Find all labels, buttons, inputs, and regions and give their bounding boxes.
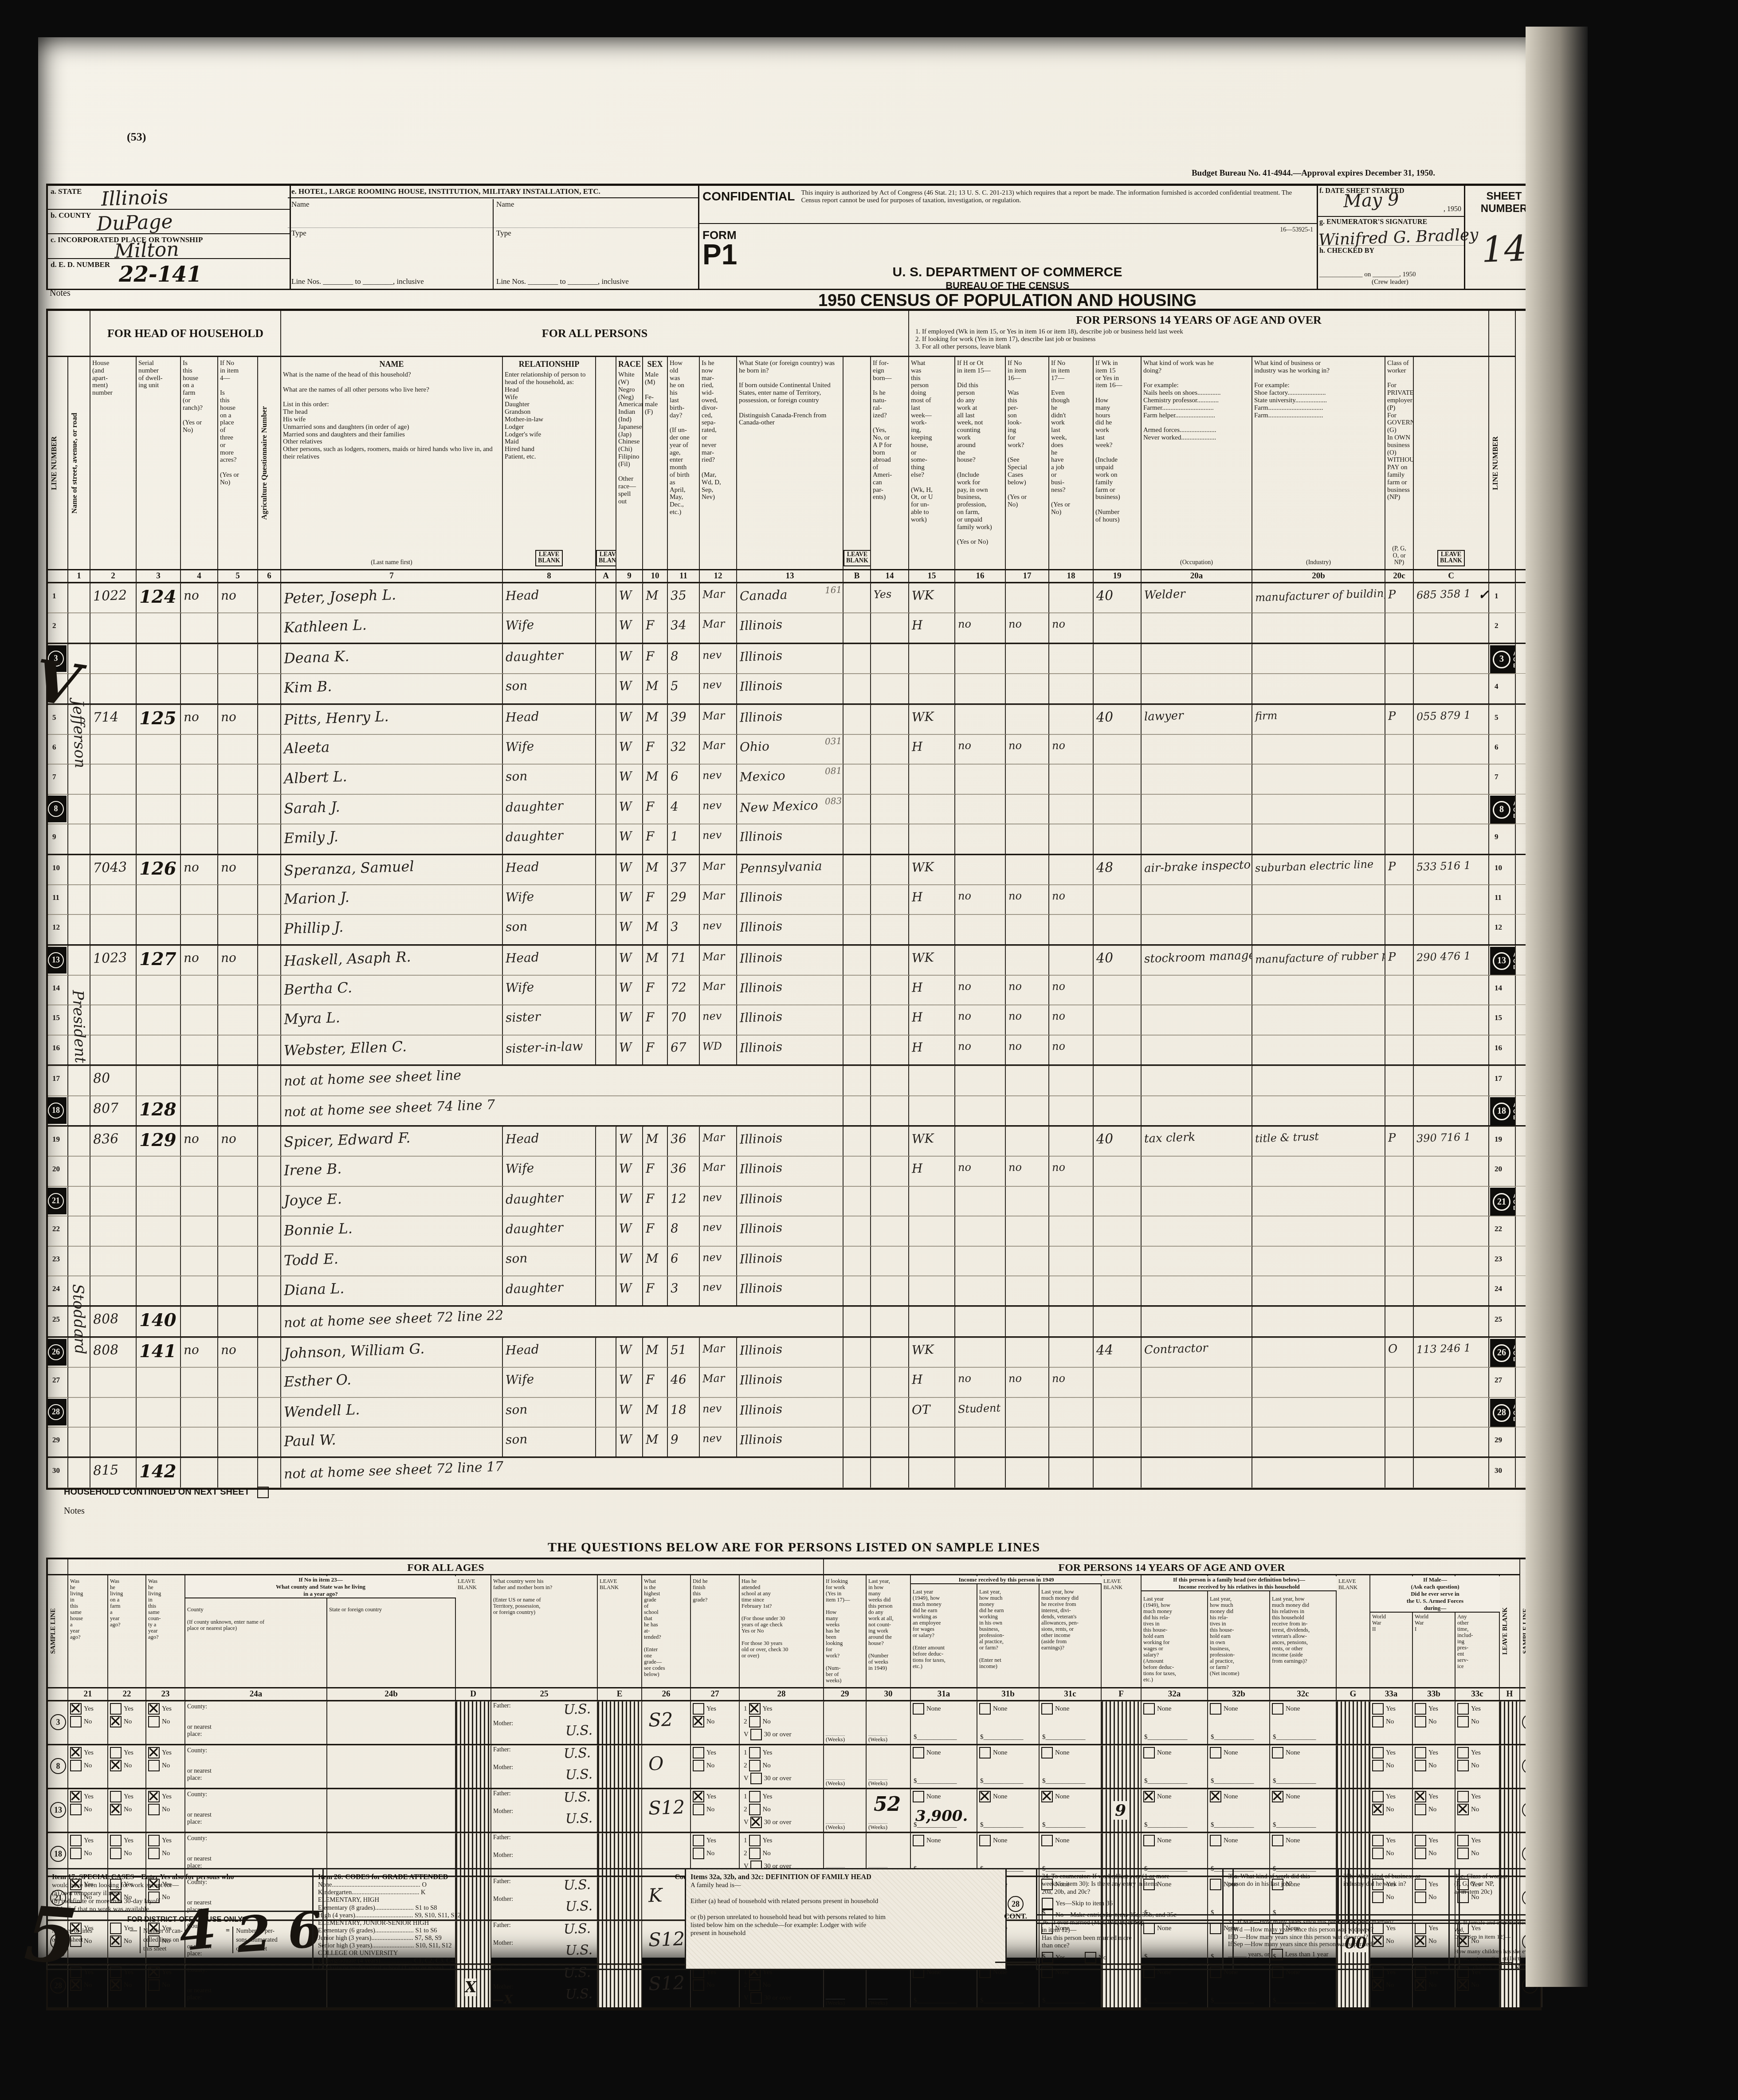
sample-cell-8-c23: YesNo: [146, 1745, 185, 1788]
cell-8-sex: F: [643, 794, 668, 824]
cell-23-i18: [1049, 1246, 1094, 1276]
sample-cell-8-E: [598, 1745, 642, 1788]
cell-22-C: [1414, 1216, 1489, 1245]
cell-27-A: [596, 1367, 616, 1397]
cell-29-bp: Illinois: [737, 1427, 843, 1456]
sample-header-c29: If looking for work (Yes in item 17)— Ho…: [824, 1575, 867, 1687]
cell-12-A: [596, 915, 616, 944]
cell-2-bp: Illinois: [737, 613, 843, 642]
q38-none-checkbox: [1501, 1962, 1512, 1970]
sample-cell-28-c28: 1Yes2NoV30 or over: [740, 1965, 824, 2007]
cell-13-rel: Head: [503, 946, 596, 975]
cell-10-name: Speranza, Samuel: [281, 855, 503, 884]
cell-28-i19: [1094, 1397, 1142, 1427]
cell-19-farm: no: [181, 1127, 218, 1156]
sample-cell-13-c24b: [327, 1789, 456, 1832]
sample-header-c32c: Last year, how much money did his relati…: [1270, 1575, 1337, 1687]
col-number-15: 15: [909, 570, 955, 582]
col-number-16: 16: [955, 570, 1006, 582]
cell-20-street: [68, 1156, 90, 1185]
cell-29-i19: [1094, 1427, 1142, 1456]
cell-24-B: [843, 1276, 871, 1305]
cell-7-name: Albert L.: [281, 764, 503, 793]
cell-18-i19: [1094, 1096, 1142, 1125]
cell-4-bp: Illinois: [737, 674, 843, 703]
cell-19-nat: [871, 1127, 909, 1156]
cell-10-A: [596, 855, 616, 884]
cell-13-B: [843, 946, 871, 975]
cell-21-race: W: [616, 1186, 643, 1216]
cell-19-ind: title & trust: [1252, 1127, 1385, 1156]
cell-15-mar: nev: [700, 1005, 737, 1034]
cell-6-sex: F: [643, 734, 668, 764]
cell-21-sex: F: [643, 1186, 668, 1216]
hotel-title: e. HOTEL, LARGE ROOMING HOUSE, INSTITUTI…: [288, 186, 698, 198]
sample-header-c26: What is the highest grade of school that…: [642, 1575, 691, 1687]
sample-cell-28-c33a: YesNo: [1370, 1965, 1413, 2007]
cell-30-nat: [871, 1458, 909, 1487]
cell-16-acres: [218, 1035, 258, 1064]
cell-12-house: [90, 915, 137, 944]
sample-header-c32a: Last year (1949), how much money did his…: [1142, 1575, 1208, 1687]
q34-yes-label: Yes—Skip to item 36: [1055, 1900, 1113, 1907]
cell-6-occ: [1142, 734, 1252, 764]
sample-cell-13-slineL: 13: [48, 1789, 68, 1832]
cell-4-rel: son: [503, 674, 596, 703]
cell-11-farm: [181, 885, 218, 914]
cell-16-ind: [1252, 1035, 1385, 1064]
sample-header-F: LEAVE BLANK: [1102, 1575, 1142, 1687]
cell-10-farm: no: [181, 855, 218, 884]
sample-cell-28-c24a: County:or nearest place:: [185, 1965, 327, 2007]
cell-16-i18: no: [1049, 1035, 1094, 1064]
cell-27-nat: [871, 1367, 909, 1397]
cell-7-nat: [871, 764, 909, 793]
roster-row-28: 28Wendell L.sonWM18nevIllinoisOTStudent2…: [48, 1397, 1540, 1427]
cell-15-i19: [1094, 1005, 1142, 1034]
sample-cell-3-H: [1500, 1701, 1520, 1744]
cell-7-rel: son: [503, 764, 596, 793]
cell-15-nat: [871, 1005, 909, 1034]
sample-cell-28-c32b: None$____________: [1208, 1965, 1270, 2007]
cell-20-cls: [1385, 1156, 1414, 1185]
cell-11-rel: Wife: [503, 885, 596, 914]
cell-6-name: Aleeta: [281, 734, 503, 764]
cell-9-i19: [1094, 824, 1142, 853]
col-number-12: 12: [700, 570, 737, 582]
cell-10-occ: air-brake inspector: [1142, 855, 1252, 884]
hotel-type-label: Type: [288, 228, 493, 239]
cell-8-name: Sarah J.: [281, 794, 503, 824]
cell-30-street: [68, 1458, 90, 1487]
cell-19-occ: tax clerk: [1142, 1127, 1252, 1156]
cell-30-lineL: 30: [48, 1458, 68, 1487]
q38-tail: ______ children, or: [1454, 1964, 1499, 1970]
cell-20-A: [596, 1156, 616, 1185]
sample-cell-13-c31a: None$____________3,900.: [911, 1789, 977, 1832]
cell-12-C: [1414, 915, 1489, 944]
cell-14-bp: Illinois: [737, 975, 843, 1005]
cell-25-B: [843, 1307, 871, 1336]
cont-line-number: 28: [1008, 1896, 1024, 1912]
cell-9-B: [843, 824, 871, 853]
cell-27-name: Esther O.: [281, 1367, 503, 1397]
cell-11-house: [90, 885, 137, 914]
cell-3-sex: F: [643, 644, 668, 673]
cell-8-i16: [955, 794, 1006, 824]
cell-10-age: 37: [668, 855, 700, 884]
sample-cell-28-H: [1500, 1965, 1520, 2007]
cell-9-serial: [137, 824, 181, 853]
cell-1-age: 35: [668, 583, 700, 612]
sample-col-number-slineL: [48, 1688, 68, 1700]
roster-table: FOR HEAD OF HOUSEHOLDFOR ALL PERSONSFOR …: [46, 309, 1542, 1490]
cell-30-farm: [181, 1458, 218, 1487]
sample-cell-13-c22: YesNo: [108, 1789, 146, 1832]
cell-21-i19: [1094, 1186, 1142, 1216]
cell-11-i17: no: [1006, 885, 1049, 914]
sample-cell-28-c31c: None$____________: [1040, 1965, 1102, 2007]
cell-8-age: 4: [668, 794, 700, 824]
cell-14-mar: Mar: [700, 975, 737, 1005]
sample-col-number-G: G: [1337, 1688, 1370, 1700]
cell-5-i15: WK: [909, 705, 955, 734]
cell-17-acres: [218, 1066, 258, 1095]
cell-3-acres: [218, 644, 258, 673]
cell-4-i16: [955, 674, 1006, 703]
roster-header-serial: Serial number of dwell- ing unit: [137, 357, 181, 569]
cell-5-mar: Mar: [700, 705, 737, 734]
sample-cell-28-c23: YesNo: [146, 1965, 185, 2007]
hotel-name-label-2: Name: [493, 199, 698, 210]
cell-1-ind: manufacturer of building equipment: [1252, 583, 1385, 612]
cell-24-occ: [1142, 1276, 1252, 1305]
cell-4-occ: [1142, 674, 1252, 703]
roster-row-24: 24Diana L.daughterWF3nevIllinois24: [48, 1276, 1540, 1307]
cell-12-i15: [909, 915, 955, 944]
roster-header-i17: If No in item 16— Was this per- son look…: [1006, 357, 1049, 569]
cell-12-sex: M: [643, 915, 668, 944]
cell-7-i16: [955, 764, 1006, 793]
cell-9-i17: [1006, 824, 1049, 853]
cell-23-i19: [1094, 1246, 1142, 1276]
cell-8-nat: [871, 794, 909, 824]
cell-20-ind: [1252, 1156, 1385, 1185]
cell-14-nat: [871, 975, 909, 1005]
cell-16-sex: F: [643, 1035, 668, 1064]
cell-6-C: [1414, 734, 1489, 764]
ask-ques-below-badge-8: 8ASKQUES.BELOW: [1490, 796, 1516, 824]
cell-25-farm: [181, 1307, 218, 1336]
cell-15-sex: F: [643, 1005, 668, 1034]
census-title: 1950 CENSUS OF POPULATION AND HOUSING: [698, 291, 1317, 310]
cell-26-lineL: 26: [48, 1338, 68, 1367]
roster-header-house: House (and apart- ment) number: [90, 357, 137, 569]
q35a-text: 35a. What kind of work did this person d…: [1228, 1873, 1343, 1888]
cell-16-i17: no: [1006, 1035, 1049, 1064]
cell-3-A: [596, 644, 616, 673]
codes-title: Item 26: CODES for GRADE ATTENDED: [318, 1873, 448, 1881]
cell-30-house: 815: [90, 1458, 137, 1487]
cell-29-house: [90, 1427, 137, 1456]
group-for-all-persons: FOR ALL PERSONS: [281, 311, 909, 357]
sample-banner: THE QUESTIONS BELOW ARE FOR PERSONS LIST…: [46, 1540, 1542, 1555]
definition-title: Items 32a, 32b, and 32c: DEFINITION OF F…: [690, 1873, 1001, 1881]
cell-28-i18: [1049, 1397, 1094, 1427]
crew-leader-label: (Crew leader): [1319, 279, 1461, 286]
cell-22-name: Bonnie L.: [281, 1216, 503, 1245]
cell-19-mar: Mar: [700, 1127, 737, 1156]
cell-18-house: 807: [90, 1096, 137, 1125]
cell-15-i18: no: [1049, 1005, 1094, 1034]
cell-9-lineL: 9: [48, 824, 68, 853]
cell-23-i16: [955, 1246, 1006, 1276]
cell-29-acres: [218, 1427, 258, 1456]
cell-15-agri: [258, 1005, 281, 1034]
sample-cell-28-c25: Father:Mother:U.S.U.S.—X: [491, 1965, 598, 2007]
cell-20-occ: [1142, 1156, 1252, 1185]
cell-14-cls: [1385, 975, 1414, 1005]
cell-6-mar: Mar: [700, 734, 737, 764]
cell-12-age: 3: [668, 915, 700, 944]
sample-cell-8-c28: 1Yes2NoV30 or over: [740, 1745, 824, 1788]
cell-19-serial: 129: [137, 1127, 181, 1156]
cell-6-house: [90, 734, 137, 764]
cell-16-lineR: 16: [1489, 1035, 1516, 1064]
cell-22-nat: [871, 1216, 909, 1245]
cell-2-lineR: 2: [1489, 613, 1516, 642]
cell-6-B: [843, 734, 871, 764]
cell-4-B: [843, 674, 871, 703]
sample-cell-8-c25: Father:Mother:U.S.U.S.: [491, 1745, 598, 1788]
cell-17-i18: [1049, 1066, 1094, 1095]
cell-18-acres: [218, 1096, 258, 1125]
cell-23-lineL: 23: [48, 1246, 68, 1276]
cell-8-A: [596, 794, 616, 824]
cell-21-occ: [1142, 1186, 1252, 1216]
sample-cell-3-G: [1337, 1701, 1370, 1744]
cell-14-C: [1414, 975, 1489, 1005]
sample-cell-28-c33c: YesNo: [1456, 1965, 1500, 2007]
sample-cell-8-c31b: None$____________: [977, 1745, 1040, 1788]
ed-label: d. E. D. NUMBER: [51, 260, 110, 269]
cell-23-farm: [181, 1246, 218, 1276]
cell-28-house: [90, 1397, 137, 1427]
ask-ques-below-badge-18: 18ASKQUES.BELOW: [1490, 1097, 1516, 1125]
census-scan-page: (53) Budget Bureau No. 41-4944.—Approval…: [0, 0, 1738, 2100]
cell-22-farm: [181, 1216, 218, 1245]
roster-header-rel: RELATIONSHIPEnter relationship of person…: [503, 357, 596, 569]
cell-6-i19: [1094, 734, 1142, 764]
cell-13-i15: WK: [909, 946, 955, 975]
cell-8-race: W: [616, 794, 643, 824]
sample-cell-3-c32b: None$____________: [1208, 1701, 1270, 1744]
cell-28-ind: [1252, 1397, 1385, 1427]
cell-25-i18: [1049, 1307, 1094, 1336]
cell-21-C: [1414, 1186, 1489, 1216]
cell-15-serial: [137, 1005, 181, 1034]
cell-27-lineL: 27: [48, 1367, 68, 1397]
sample-cell-3-slineL: 3: [48, 1701, 68, 1744]
q34-text: 34. To enumerator: If worked last year (…: [1042, 1873, 1228, 1896]
cell-9-A: [596, 824, 616, 853]
cell-12-i17: [1006, 915, 1049, 944]
cell-3-i16: [955, 644, 1006, 673]
cell-26-cls: O: [1385, 1338, 1414, 1367]
cell-25-acres: [218, 1307, 258, 1336]
cell-7-lineL: 7: [48, 764, 68, 793]
cell-5-lineR: 5: [1489, 705, 1516, 734]
cell-16-nat: [871, 1035, 909, 1064]
cell-6-lineR: 6: [1489, 734, 1516, 764]
cell-13-acres: no: [218, 946, 258, 975]
sample-cell-3-c29: (Weeks): [824, 1701, 867, 1744]
cell-25-house: 808: [90, 1307, 137, 1336]
cell-15-rel: sister: [503, 1005, 596, 1034]
cell-29-age: 9: [668, 1427, 700, 1456]
cell-21-farm: [181, 1186, 218, 1216]
cell-27-ind: [1252, 1367, 1385, 1397]
sample-header-c31a: Last year (1949), how much money did he …: [911, 1575, 977, 1687]
special-cases-title: Item 17: SPECIAL CASES—Enter Yes also fo…: [52, 1873, 318, 1881]
cell-14-name: Bertha C.: [281, 975, 503, 1005]
cell-6-i18: no: [1049, 734, 1094, 764]
sample-cell-8-c27: YesNo: [691, 1745, 740, 1788]
cell-18-note: not at home see sheet 74 line 7: [281, 1096, 843, 1125]
cell-6-race: W: [616, 734, 643, 764]
cell-17-i17: [1006, 1066, 1049, 1095]
cell-24-agri: [258, 1276, 281, 1305]
cell-22-A: [596, 1216, 616, 1245]
cell-15-lineR: 15: [1489, 1005, 1516, 1034]
col-number-8: 8: [503, 570, 596, 582]
sample-cell-13-c24a: County:or nearest place:: [185, 1789, 327, 1832]
roster-header-mar: Is he now mar- ried, wid- owed, divor- c…: [700, 357, 737, 569]
inclusive-label-2: , inclusive: [598, 277, 629, 286]
cell-7-farm: [181, 764, 218, 793]
cell-20-rel: Wife: [503, 1156, 596, 1185]
cell-8-i19: [1094, 794, 1142, 824]
cell-5-occ: lawyer: [1142, 705, 1252, 734]
sample-cell-3-E: [598, 1701, 642, 1744]
cell-10-race: W: [616, 855, 643, 884]
form-number: P1: [702, 242, 737, 268]
sample-cell-13-c23: YesNo: [146, 1789, 185, 1832]
cell-18-B: [843, 1096, 871, 1125]
cell-11-ind: [1252, 885, 1385, 914]
roster-row-4: 4Kim B.sonWM5nevIllinois4: [48, 674, 1540, 704]
ask-ques-below-badge-26: 26ASKQUES.BELOW: [1490, 1339, 1516, 1367]
cell-15-occ: [1142, 1005, 1252, 1034]
cell-25-cls: [1385, 1307, 1414, 1336]
cell-14-rel: Wife: [503, 975, 596, 1005]
cell-1-name: Peter, Joseph L.: [281, 583, 503, 612]
cell-4-age: 5: [668, 674, 700, 703]
cell-26-serial: 141: [137, 1338, 181, 1367]
sample-cell-28-c26: S12: [642, 1965, 691, 2007]
cell-11-C: [1414, 885, 1489, 914]
cell-20-mar: Mar: [700, 1156, 737, 1185]
cell-9-race: W: [616, 824, 643, 853]
col-number-18: 18: [1049, 570, 1094, 582]
sample-cell-8-D: [456, 1745, 491, 1788]
cell-16-occ: [1142, 1035, 1252, 1064]
sample-cell-13-F: 9: [1102, 1789, 1142, 1832]
cell-19-i18: [1049, 1127, 1094, 1156]
q37-text: 37. If Mar—How many years since this per…: [1228, 1919, 1454, 1949]
cell-1-occ: Welder: [1142, 583, 1252, 612]
cell-26-agri: [258, 1338, 281, 1367]
sample-col-number-32b: 32b: [1208, 1688, 1270, 1700]
cell-7-C: [1414, 764, 1489, 793]
cell-14-house: [90, 975, 137, 1005]
cell-15-lineL: 15: [48, 1005, 68, 1034]
cell-29-lineL: 29: [48, 1427, 68, 1456]
roster-header-race: RACEWhite (W) Negro (Neg) American India…: [616, 357, 643, 569]
cell-21-ind: [1252, 1186, 1385, 1216]
sample-cell-3-c23: YesNo: [146, 1701, 185, 1744]
roster-header-ind: What kind of business or industry was he…: [1252, 357, 1385, 569]
cell-6-age: 32: [668, 734, 700, 764]
sample-col-number-21: 21: [68, 1688, 108, 1700]
roster-row-12: 12Phillip J.sonWM3nevIllinois12: [48, 915, 1540, 945]
cell-20-farm: [181, 1156, 218, 1185]
cell-7-lineR: 7: [1489, 764, 1516, 793]
sample-cell-8-c31a: None$____________: [911, 1745, 977, 1788]
cell-17-B: [843, 1066, 871, 1095]
cell-9-name: Emily J.: [281, 824, 503, 853]
cell-30-i16: [955, 1458, 1006, 1487]
cell-20-nat: [871, 1156, 909, 1185]
cell-17-note: not at home see sheet line: [281, 1066, 843, 1095]
cell-22-serial: [137, 1216, 181, 1245]
cell-2-age: 34: [668, 613, 700, 642]
cell-3-race: W: [616, 644, 643, 673]
cell-5-nat: [871, 705, 909, 734]
cell-16-i16: no: [955, 1035, 1006, 1064]
cell-5-serial: 125: [137, 705, 181, 734]
cell-5-race: W: [616, 705, 643, 734]
cell-18-i16: [955, 1096, 1006, 1125]
equals-glyph: =: [226, 1927, 230, 1935]
cell-30-i17: [1006, 1458, 1049, 1487]
cell-10-B: [843, 855, 871, 884]
cell-11-bp: Illinois: [737, 885, 843, 914]
sample-cell-8-c31c: None$____________: [1040, 1745, 1102, 1788]
cell-22-sex: F: [643, 1216, 668, 1245]
sample-header-c25: What country were his father and mother …: [491, 1575, 598, 1687]
roster-row-2: 2Kathleen L.WifeWF34MarIllinoisHnonono2: [48, 613, 1540, 644]
cell-5-house: 714: [90, 705, 137, 734]
cell-23-C: [1414, 1246, 1489, 1276]
sample-cell-13-c32c: None$____________: [1270, 1789, 1337, 1832]
cell-28-mar: nev: [700, 1397, 737, 1427]
sample-col-number-F: F: [1102, 1688, 1142, 1700]
cell-12-name: Phillip J.: [281, 915, 503, 944]
cell-16-mar: WD: [700, 1035, 737, 1064]
cell-13-house: 1023: [90, 946, 137, 975]
cell-30-cls: [1385, 1458, 1414, 1487]
cell-14-i19: [1094, 975, 1142, 1005]
cell-1-rel: Head: [503, 583, 596, 612]
cell-26-i16: [955, 1338, 1006, 1367]
cell-25-i15: [909, 1307, 955, 1336]
cell-15-farm: [181, 1005, 218, 1034]
notes-label: Notes: [50, 288, 71, 298]
cell-17-i16: [955, 1066, 1006, 1095]
cell-19-age: 36: [668, 1127, 700, 1156]
roster-row-14: 14Bertha C.WifeWF72MarIllinoisHnonono14: [48, 975, 1540, 1005]
